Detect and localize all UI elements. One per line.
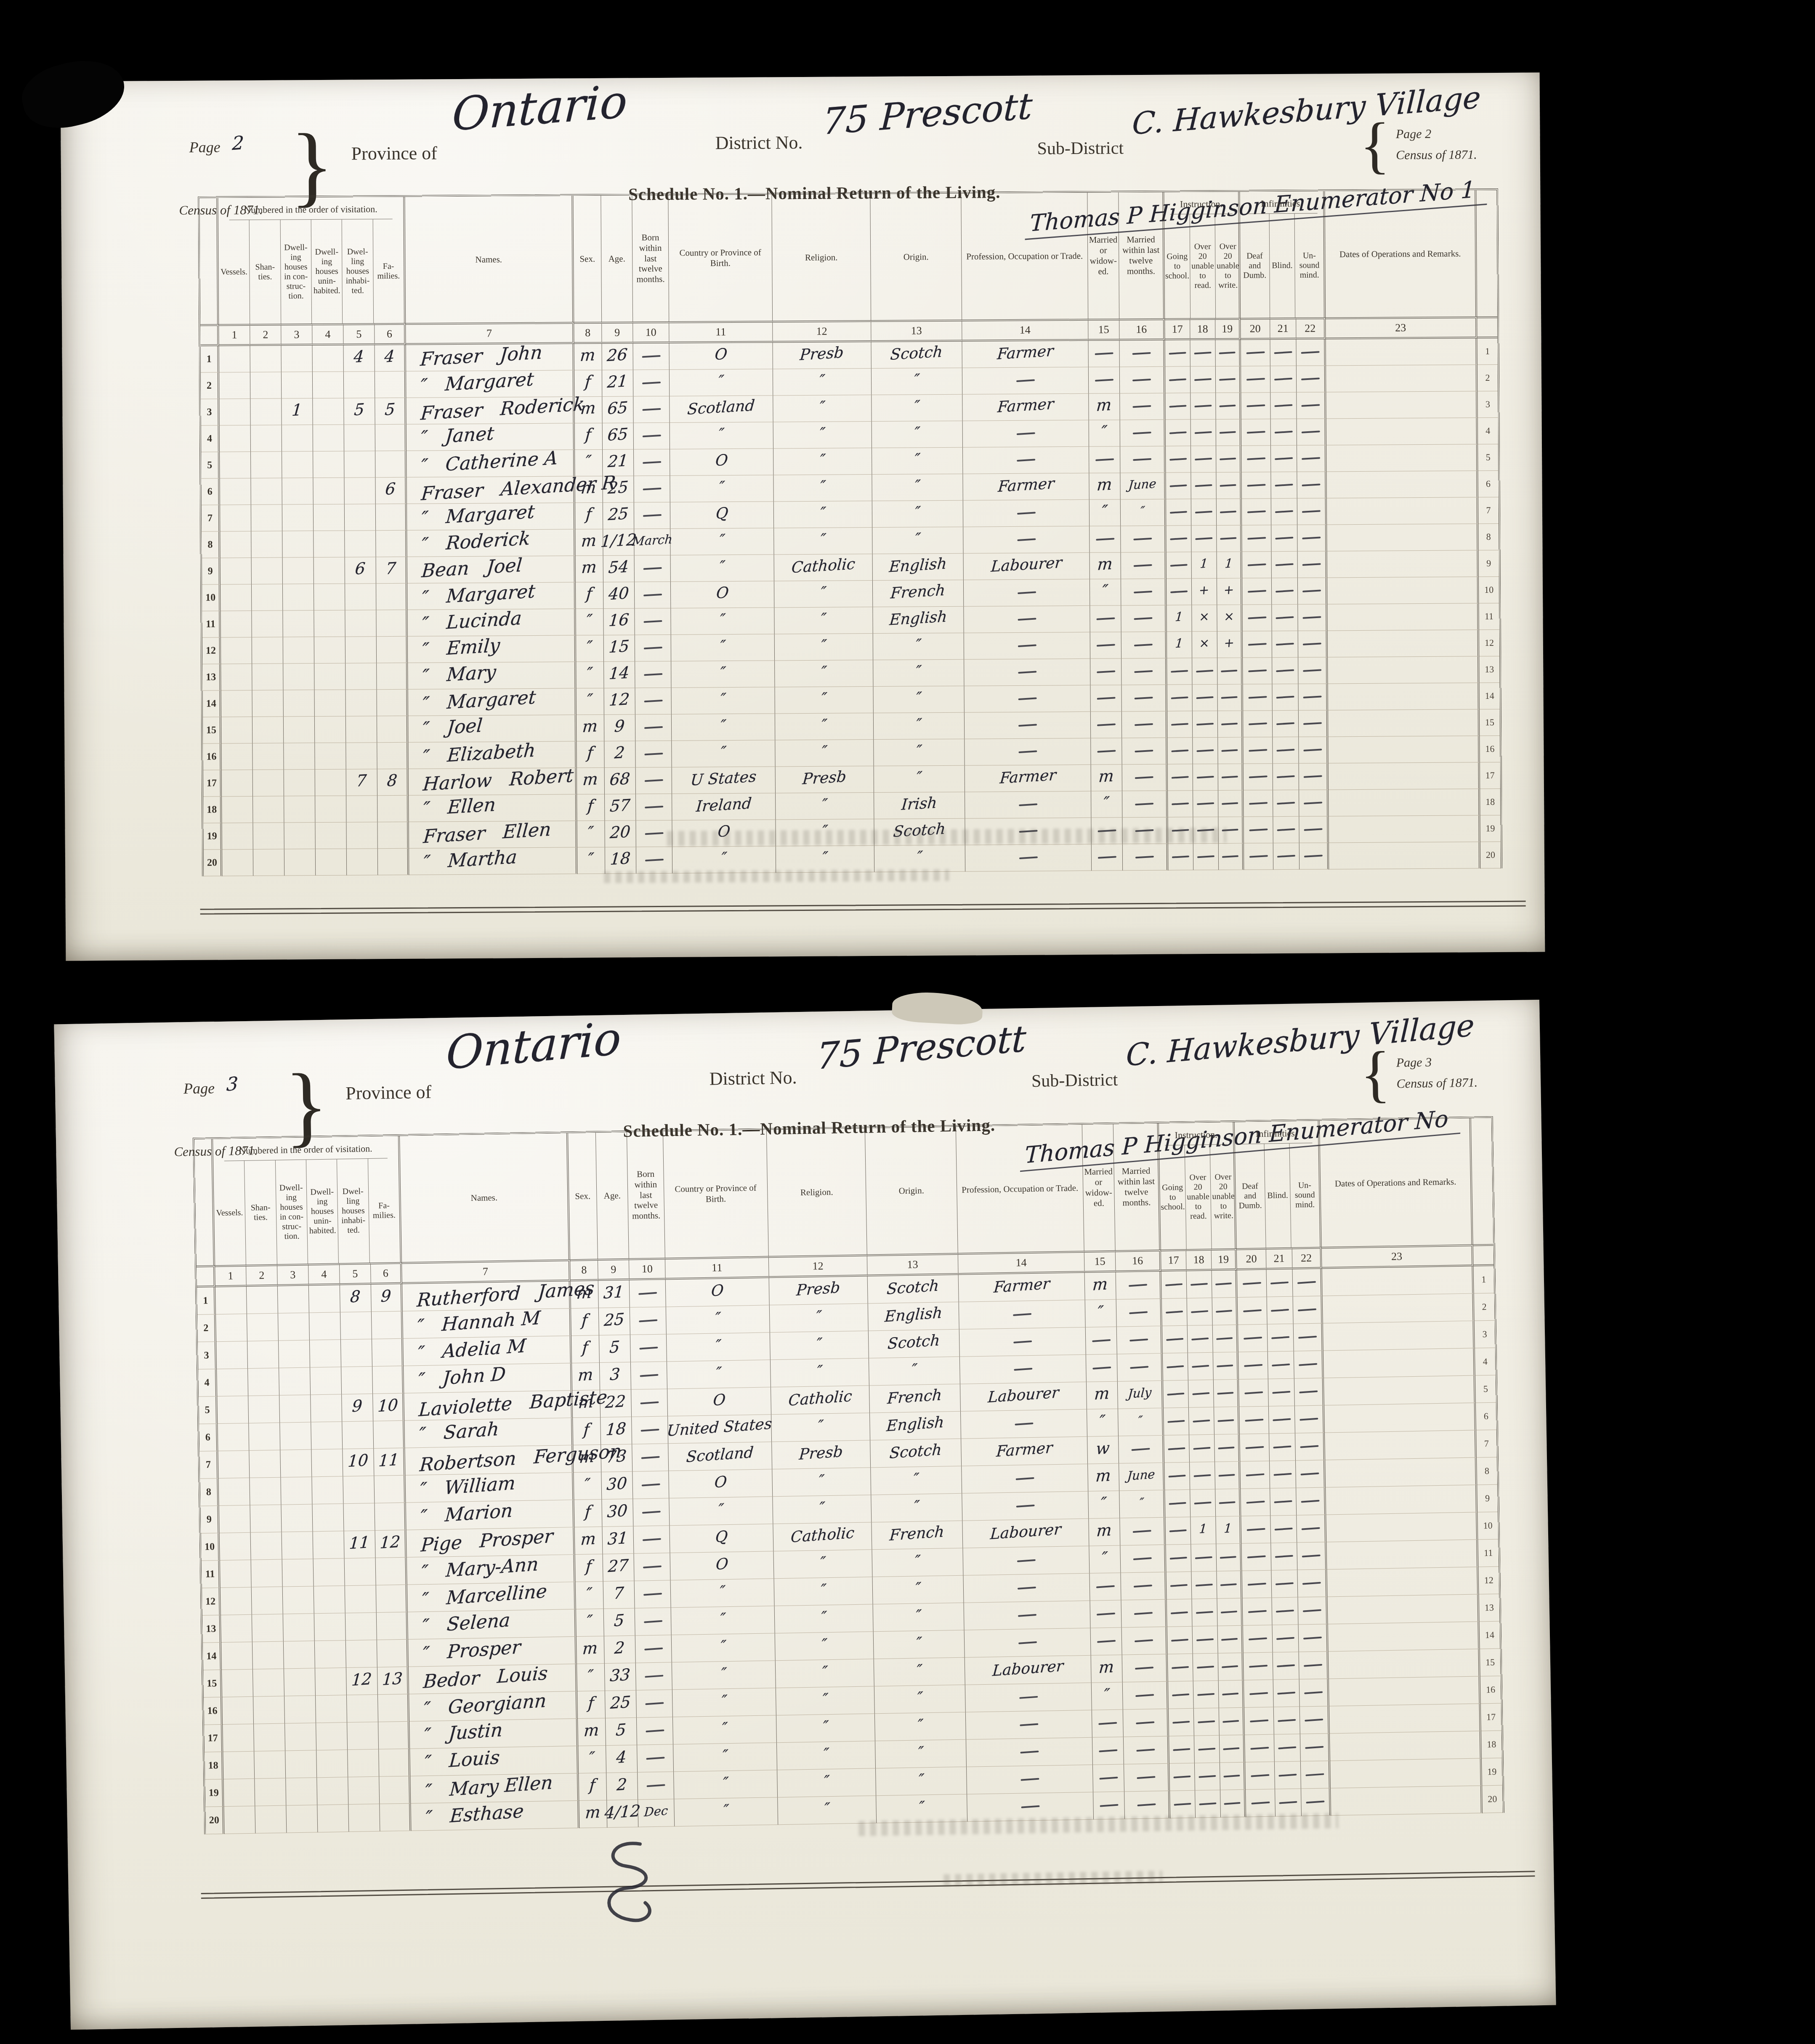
instruction-read-cell bbox=[1195, 1763, 1220, 1791]
visitation-cell-4 bbox=[317, 1805, 349, 1832]
column-number-21: 21 bbox=[1270, 318, 1296, 340]
visitation-cell-4 bbox=[312, 345, 343, 372]
pen-dash-mark bbox=[1302, 1527, 1320, 1530]
handwritten-entry: ″ bbox=[820, 637, 827, 654]
handwritten-entry: ″ bbox=[818, 1471, 825, 1489]
handwritten-entry: f bbox=[581, 1311, 588, 1330]
visitation-cell-6 bbox=[372, 1311, 403, 1339]
pen-dash-mark bbox=[1250, 1720, 1268, 1723]
visitation-cell-2 bbox=[254, 1724, 285, 1752]
handwritten-entry: + bbox=[1223, 635, 1235, 650]
handwritten-entry: 10 bbox=[377, 1396, 399, 1416]
handwritten-entry: ″ bbox=[823, 1772, 830, 1790]
age-cell: 1/12 bbox=[603, 529, 634, 555]
infirmity-blind-cell bbox=[1272, 1598, 1298, 1625]
handwritten-entry: × bbox=[1199, 635, 1210, 650]
visitation-cell-2 bbox=[252, 1614, 284, 1642]
infirmity-blind-cell bbox=[1271, 419, 1297, 446]
sex-cell: m bbox=[576, 556, 603, 582]
sex-cell: f bbox=[575, 503, 603, 529]
religion-cell: Presb bbox=[772, 1440, 871, 1469]
infirmity-mind-cell bbox=[1296, 1487, 1326, 1515]
instruction-group-header-title: Instruction. bbox=[1170, 192, 1232, 215]
visitation-cell-3 bbox=[284, 1696, 316, 1723]
handwritten-entry: 65 bbox=[607, 398, 629, 418]
name-cell: Pige Prosper bbox=[406, 1527, 575, 1558]
visitation-cell-3 bbox=[281, 1477, 312, 1505]
pen-dash-mark bbox=[639, 1347, 658, 1350]
pen-dash-mark bbox=[1095, 352, 1113, 355]
visitation-cell-4 bbox=[314, 1613, 346, 1641]
married-cell bbox=[1090, 658, 1121, 685]
handwritten-entry: f bbox=[589, 1776, 596, 1794]
instruction-school-cell bbox=[1165, 1490, 1191, 1518]
visitation-cell-6: 11 bbox=[374, 1448, 405, 1476]
line-number-right: 1 bbox=[1473, 1266, 1494, 1294]
married12-cell bbox=[1121, 632, 1167, 659]
infirmity-mind-cell bbox=[1299, 763, 1329, 790]
corner-page: Page 2 bbox=[1396, 127, 1477, 141]
profession-cell: Labourer bbox=[962, 1519, 1089, 1548]
line-number-right: 10 bbox=[1478, 1512, 1498, 1540]
visitation-cell-5 bbox=[346, 743, 377, 769]
infirmity-deaf-cell bbox=[1243, 631, 1272, 658]
instruction-school-cell bbox=[1164, 1408, 1189, 1436]
handwritten-entry: ″ bbox=[720, 717, 727, 734]
instruction-school-cell bbox=[1165, 366, 1191, 393]
line-number-left: 7 bbox=[199, 1451, 218, 1479]
column-number-9: 9 bbox=[602, 321, 633, 343]
visitation-cell-4 bbox=[315, 770, 346, 796]
line-number-right: 3 bbox=[1475, 1321, 1495, 1349]
pen-dash-mark bbox=[1134, 670, 1153, 673]
infirmity-mind-cell bbox=[1293, 1296, 1323, 1324]
pen-dash-mark bbox=[1275, 457, 1293, 460]
visitation-cell-6 bbox=[375, 425, 407, 451]
pen-dash-mark bbox=[643, 620, 662, 623]
pen-dash-mark bbox=[1018, 671, 1036, 674]
instruction-read-cell bbox=[1193, 1654, 1219, 1681]
handwritten-entry: ″ Esthase bbox=[425, 1800, 524, 1828]
visitation-cell-4 bbox=[310, 1367, 342, 1395]
instruction-group-header: Instruction.Going to school.Over 20 unab… bbox=[1159, 1122, 1237, 1250]
handwritten-entry: m bbox=[578, 1392, 594, 1412]
pen-dash-mark bbox=[1172, 1694, 1189, 1696]
name-cell: Laviolette Baptiste bbox=[404, 1391, 573, 1421]
province-label: Province of bbox=[345, 1081, 432, 1104]
sex-cell: ″ bbox=[578, 1746, 606, 1773]
handwritten-entry: O bbox=[715, 451, 728, 470]
handwritten-entry: ″ bbox=[719, 1610, 726, 1627]
infirmity-mind-cell bbox=[1297, 392, 1326, 419]
pen-dash-mark bbox=[1247, 537, 1266, 540]
handwritten-entry: m bbox=[582, 770, 599, 789]
pen-dash-mark bbox=[1168, 1447, 1185, 1450]
religion-cell: ″ bbox=[773, 422, 872, 449]
column-header-11: Country or Province of Birth. bbox=[663, 1130, 769, 1258]
pen-dash-mark bbox=[644, 779, 663, 782]
married12-cell bbox=[1121, 579, 1167, 606]
line-number-right: 7 bbox=[1478, 497, 1499, 524]
handwritten-entry: 11 bbox=[378, 1450, 399, 1471]
married12-cell bbox=[1122, 791, 1168, 818]
handwritten-entry: ″ bbox=[715, 1336, 722, 1354]
sex-cell: f bbox=[571, 1335, 600, 1363]
visitation-cell-3 bbox=[279, 1367, 311, 1395]
pen-dash-mark bbox=[1194, 405, 1212, 407]
visitation-cell-6: 4 bbox=[375, 345, 406, 372]
infirmity-blind-cell bbox=[1273, 1652, 1299, 1680]
instruction-school-cell bbox=[1168, 1654, 1193, 1682]
visitation-cell-3 bbox=[283, 1586, 314, 1614]
visitation-cell-1 bbox=[223, 1752, 255, 1779]
handwritten-entry: Farmer bbox=[997, 475, 1055, 495]
pen-dash-mark bbox=[1099, 1777, 1118, 1780]
pen-dash-mark bbox=[1132, 352, 1151, 355]
visitation-cell-5 bbox=[347, 849, 378, 875]
pen-dash-mark bbox=[1170, 537, 1187, 540]
visitation-cell-4 bbox=[313, 398, 344, 425]
origin-cell: ″ bbox=[869, 1357, 960, 1386]
column-number-12: 12 bbox=[773, 320, 871, 342]
column-header-12: Religion. bbox=[772, 194, 871, 321]
visitation-cell-6 bbox=[374, 1476, 406, 1503]
handwritten-entry: ″ Catherine A bbox=[420, 447, 558, 476]
visitation-cell-2 bbox=[250, 1478, 281, 1505]
handwritten-entry: ″ bbox=[720, 849, 728, 867]
pen-dash-mark bbox=[645, 832, 663, 835]
sex-cell: f bbox=[575, 1554, 603, 1582]
column-number-22: 22 bbox=[1296, 317, 1326, 339]
handwritten-entry: ″ bbox=[818, 372, 826, 389]
born-cell bbox=[631, 1389, 668, 1417]
handwritten-entry: 25 bbox=[608, 504, 630, 524]
pen-dash-mark bbox=[642, 355, 660, 358]
pen-dash-mark bbox=[1246, 1528, 1265, 1531]
instruction-write-cell bbox=[1212, 1270, 1238, 1298]
pen-dash-mark bbox=[1276, 590, 1294, 592]
origin-cell: ″ bbox=[871, 1466, 962, 1495]
pen-dash-mark bbox=[1302, 589, 1321, 592]
visitation-cell-2 bbox=[252, 637, 283, 664]
age-cell: 27 bbox=[603, 1554, 634, 1582]
handwritten-entry: ″ bbox=[821, 716, 828, 734]
country-cell: O bbox=[669, 342, 773, 370]
instruction-write-cell bbox=[1216, 366, 1241, 393]
origin-cell: English bbox=[873, 554, 964, 581]
infirmity-blind-cell bbox=[1269, 1406, 1295, 1434]
pen-dash-mark bbox=[1302, 536, 1321, 539]
infirmity-mind-cell bbox=[1299, 816, 1329, 843]
column-header-12: Religion. bbox=[767, 1128, 867, 1256]
married-cell bbox=[1091, 738, 1122, 765]
born-cell bbox=[634, 1553, 670, 1581]
country-cell: ″ bbox=[672, 1661, 776, 1690]
pen-dash-mark bbox=[646, 1757, 664, 1760]
origin-cell: ″ bbox=[874, 766, 965, 793]
pen-dash-mark bbox=[1304, 1664, 1322, 1667]
infirmity-deaf-cell bbox=[1240, 1434, 1270, 1462]
instruction-school-cell bbox=[1166, 526, 1191, 552]
remarks-cell bbox=[1329, 842, 1480, 869]
handwritten-entry: ″ bbox=[1139, 1495, 1144, 1510]
pen-dash-mark bbox=[645, 806, 663, 809]
visitation-cell-6 bbox=[376, 504, 407, 531]
line-number-left: 4 bbox=[201, 425, 220, 452]
column-number-19: 19 bbox=[1212, 1248, 1237, 1271]
handwritten-entry: ″ bbox=[715, 1364, 722, 1381]
handwritten-entry: ″ Margaret bbox=[420, 501, 536, 529]
instruction-write-cell: + bbox=[1217, 579, 1242, 605]
handwritten-entry: ″ bbox=[821, 796, 828, 813]
visitation-cell-5: 10 bbox=[343, 1449, 374, 1476]
born-cell bbox=[632, 1444, 669, 1471]
name-cell: ″ Lucinda bbox=[407, 609, 576, 636]
handwritten-entry: 9 bbox=[614, 717, 626, 736]
infirmity-mind-cell bbox=[1297, 525, 1327, 551]
handwritten-entry: Presb bbox=[802, 768, 847, 788]
infirmity-deaf-cell bbox=[1241, 1516, 1271, 1544]
handwritten-entry: 5 bbox=[353, 400, 365, 419]
pen-dash-mark bbox=[1246, 431, 1265, 434]
origin-cell: ″ bbox=[872, 527, 963, 554]
pen-dash-mark bbox=[1274, 351, 1292, 354]
pen-dash-mark bbox=[1222, 1693, 1239, 1696]
pen-dash-mark bbox=[1173, 1748, 1190, 1751]
pen-dash-mark bbox=[1133, 538, 1152, 541]
pen-dash-mark bbox=[638, 1292, 657, 1295]
born-cell bbox=[633, 1498, 670, 1526]
infirmity-blind-cell bbox=[1273, 1680, 1300, 1707]
name-cell: Bedor Louis bbox=[409, 1664, 577, 1694]
married-cell bbox=[1092, 1710, 1124, 1738]
handwritten-entry: ″ bbox=[913, 397, 920, 415]
origin-cell: ″ bbox=[872, 1576, 964, 1605]
line-number-header-left bbox=[199, 198, 219, 324]
handwritten-entry: Ireland bbox=[695, 795, 752, 815]
pen-dash-mark bbox=[1248, 669, 1267, 672]
pen-dash-mark bbox=[1247, 484, 1265, 487]
religion-cell: ″ bbox=[775, 1632, 874, 1661]
country-cell: ″ bbox=[672, 1688, 776, 1717]
sex-cell: m bbox=[571, 1281, 599, 1309]
remarks-cell bbox=[1328, 656, 1479, 684]
married-cell: m bbox=[1089, 473, 1120, 499]
pen-dash-mark bbox=[1249, 828, 1268, 831]
handwritten-entry: Farmer bbox=[993, 1275, 1050, 1296]
line-number-left: 9 bbox=[202, 558, 221, 584]
handwritten-entry: Fraser John bbox=[420, 342, 543, 370]
pen-dash-mark bbox=[1169, 378, 1186, 381]
visitation-cell-6 bbox=[378, 849, 409, 875]
pen-dash-mark bbox=[1134, 1612, 1153, 1615]
remarks-cell bbox=[1326, 1485, 1478, 1515]
sex-cell: ″ bbox=[576, 662, 604, 688]
handwritten-entry: ″ Selena bbox=[422, 1609, 511, 1637]
pen-dash-mark bbox=[1219, 1474, 1235, 1477]
pen-dash-mark bbox=[1275, 537, 1293, 539]
pen-dash-mark bbox=[1136, 1721, 1154, 1724]
handwritten-entry: ″ bbox=[821, 743, 828, 760]
pen-dash-mark bbox=[1247, 510, 1265, 513]
pen-dash-mark bbox=[1245, 1419, 1263, 1422]
pen-dash-mark bbox=[1222, 749, 1238, 752]
page-number-handwritten: 3 bbox=[226, 1073, 239, 1096]
pen-dash-mark bbox=[1018, 697, 1036, 700]
visitation-cell-1 bbox=[220, 425, 251, 452]
profession-cell bbox=[964, 579, 1090, 607]
infirmity-blind-cell bbox=[1272, 631, 1298, 658]
instruction-school-cell bbox=[1166, 1545, 1191, 1572]
handwritten-entry: f bbox=[585, 372, 592, 391]
pen-dash-mark bbox=[1096, 1585, 1114, 1588]
remarks-cell bbox=[1328, 1622, 1480, 1651]
infirmity-mind-cell bbox=[1300, 1733, 1330, 1761]
visitation-cell-5 bbox=[345, 1558, 376, 1586]
visitation-cell-3 bbox=[283, 584, 314, 611]
sex-cell: ″ bbox=[576, 688, 604, 715]
visitation-cell-3: 1 bbox=[282, 398, 313, 425]
handwritten-entry: + bbox=[1198, 582, 1210, 597]
pen-dash-mark bbox=[1135, 750, 1153, 753]
infirmity-mind-cell bbox=[1298, 1624, 1328, 1652]
origin-cell: English bbox=[868, 1302, 959, 1331]
infirmity-deaf-cell bbox=[1244, 1680, 1274, 1708]
handwritten-entry: 18 bbox=[605, 1419, 627, 1439]
instruction-write-cell bbox=[1216, 446, 1241, 473]
age-cell: 73 bbox=[601, 1444, 632, 1472]
religion-cell: ″ bbox=[775, 687, 873, 714]
country-cell: ″ bbox=[671, 608, 774, 635]
instruction-write-cell bbox=[1216, 1544, 1242, 1571]
religion-cell: ″ bbox=[776, 793, 874, 820]
handwritten-entry: United States bbox=[667, 1415, 773, 1440]
visitation-cell-5 bbox=[348, 1804, 380, 1832]
visitation-cell-5 bbox=[343, 1476, 375, 1504]
infirmity-mind-cell bbox=[1299, 1651, 1329, 1679]
pen-dash-mark bbox=[1135, 1639, 1153, 1642]
handwritten-entry: ″ bbox=[719, 1582, 725, 1600]
visitation-cell-4 bbox=[309, 1312, 341, 1340]
pen-dash-mark bbox=[1248, 590, 1266, 593]
handwritten-entry: m bbox=[1096, 1521, 1113, 1540]
handwritten-entry: ″ Emily bbox=[421, 634, 501, 661]
handwritten-entry: ″ bbox=[914, 477, 921, 494]
infirmity-deaf-cell bbox=[1244, 1653, 1273, 1680]
column-number-10: 10 bbox=[633, 321, 669, 344]
visitation-cell-6 bbox=[377, 1640, 409, 1667]
visitation-cell-4 bbox=[314, 504, 345, 531]
visitation-cell-6 bbox=[377, 663, 408, 690]
handwritten-entry: ″ bbox=[723, 1801, 729, 1819]
handwritten-entry: June bbox=[1128, 476, 1157, 492]
name-cell: ″ Roderick bbox=[407, 529, 575, 557]
profession-cell bbox=[963, 1546, 1090, 1576]
handwritten-entry: ″ bbox=[819, 451, 826, 469]
handwritten-entry: ″ bbox=[915, 1634, 922, 1651]
handwritten-entry: ″ bbox=[721, 1692, 728, 1710]
instruction-read-cell bbox=[1191, 473, 1216, 499]
visitation-cell-2 bbox=[250, 372, 282, 399]
visitation-cell-1 bbox=[219, 1505, 250, 1533]
visitation-cell-1 bbox=[223, 1779, 255, 1807]
pen-dash-mark bbox=[1017, 1559, 1035, 1562]
religion-cell: ″ bbox=[773, 1550, 872, 1579]
country-cell: O bbox=[666, 1278, 770, 1307]
handwritten-entry: f bbox=[582, 1338, 589, 1357]
pen-dash-mark bbox=[1271, 1336, 1289, 1339]
visitation-cell-6 bbox=[378, 1722, 410, 1749]
infirmity-blind-cell bbox=[1272, 684, 1298, 711]
pen-dash-mark bbox=[1167, 1393, 1184, 1396]
handwritten-entry: ″ bbox=[1101, 1548, 1108, 1567]
instruction-write-cell bbox=[1218, 1653, 1244, 1681]
pen-dash-mark bbox=[1018, 618, 1036, 621]
pen-dash-mark bbox=[1277, 802, 1295, 804]
pen-dash-mark bbox=[1167, 1420, 1185, 1423]
column-header-3: Dwell­ing houses in con­struc­tion. bbox=[275, 1160, 308, 1264]
instruction-read-cell: + bbox=[1192, 579, 1217, 605]
country-cell: ″ bbox=[672, 714, 775, 741]
handwritten-entry: m bbox=[1096, 475, 1113, 494]
handwritten-entry: ″ bbox=[821, 849, 829, 866]
pen-dash-mark bbox=[1134, 644, 1153, 647]
born-cell bbox=[633, 370, 670, 397]
instruction-write-cell bbox=[1220, 1763, 1246, 1790]
handwritten-entry: ″ bbox=[915, 715, 922, 733]
pen-dash-mark bbox=[1171, 696, 1188, 699]
age-cell: 2 bbox=[604, 741, 635, 767]
infirmity-deaf-cell bbox=[1237, 1270, 1267, 1298]
sex-cell: f bbox=[574, 1500, 602, 1527]
handwritten-entry: ″ bbox=[715, 1309, 721, 1327]
handwritten-entry: 1 bbox=[1224, 556, 1233, 571]
pen-dash-mark bbox=[1198, 1748, 1215, 1751]
line-number-right: 15 bbox=[1480, 709, 1500, 736]
visitation-cell-5 bbox=[346, 716, 377, 743]
handwritten-entry: 33 bbox=[609, 1665, 631, 1686]
sex-cell: f bbox=[574, 370, 602, 397]
handwritten-entry: ″ Ellen bbox=[422, 794, 497, 819]
visitation-cell-3 bbox=[286, 1805, 318, 1833]
infirmity-blind-cell bbox=[1272, 658, 1298, 684]
corner-census: Census of 1871. bbox=[1396, 148, 1477, 162]
visitation-cell-2 bbox=[254, 1751, 286, 1779]
religion-cell: Catholic bbox=[774, 554, 873, 581]
column-number-3: 3 bbox=[281, 324, 312, 345]
religion-cell: ″ bbox=[775, 634, 873, 661]
married12-cell bbox=[1117, 1326, 1163, 1354]
handwritten-entry: Catholic bbox=[790, 1524, 855, 1546]
pen-dash-mark bbox=[1251, 1802, 1270, 1805]
visitation-cell-2 bbox=[253, 770, 284, 796]
pen-dash-mark bbox=[1221, 723, 1238, 725]
visitation-cell-4 bbox=[313, 451, 344, 478]
instruction-read-cell: × bbox=[1192, 605, 1217, 632]
visitation-cell-3 bbox=[280, 1422, 311, 1450]
pen-dash-mark bbox=[1135, 697, 1153, 700]
column-header-3: Dwell­ing houses in con­struc­tion. bbox=[280, 220, 311, 324]
pen-dash-mark bbox=[640, 1374, 658, 1377]
handwritten-entry: ″ Janet bbox=[420, 422, 495, 449]
married12-cell: June bbox=[1119, 1463, 1165, 1491]
pen-dash-mark bbox=[1191, 1310, 1208, 1313]
name-cell: ″ Mary Ellen bbox=[410, 1773, 579, 1804]
married-cell bbox=[1093, 1765, 1124, 1792]
handwritten-entry: March bbox=[632, 532, 673, 549]
age-cell: 16 bbox=[603, 608, 635, 635]
profession-cell bbox=[965, 1628, 1091, 1658]
